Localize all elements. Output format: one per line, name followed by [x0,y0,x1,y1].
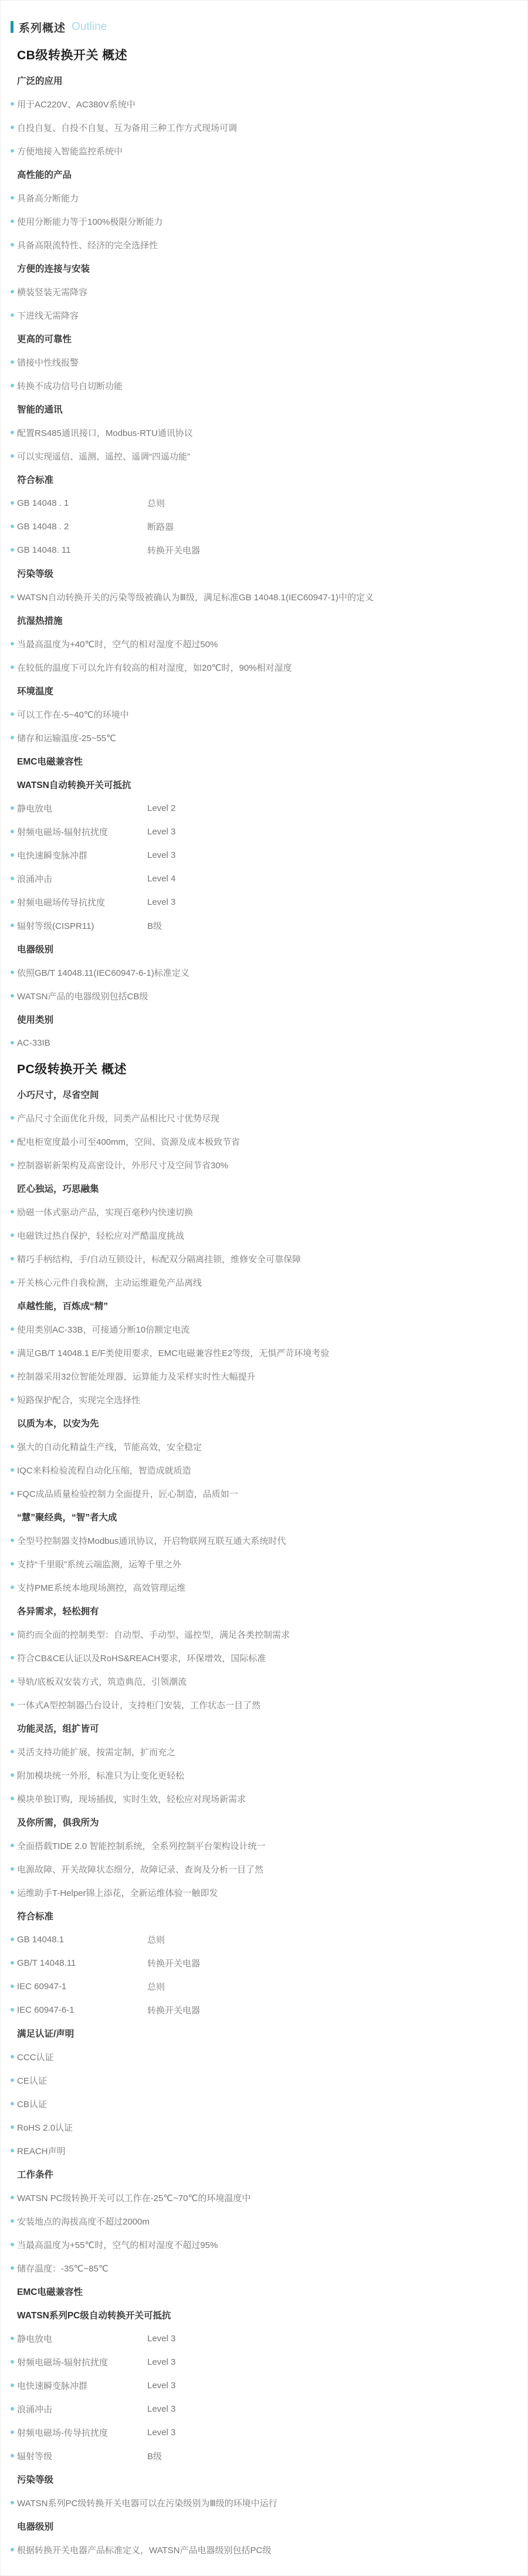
bullet-row: 强大的自动化精益生产线，节能高效，安全稳定 [1,1435,527,1458]
bullet-icon [11,2501,14,2504]
bullet-text: 当最高温度为+55℃时，空气的相对湿度不超过95% [17,2239,218,2251]
bullet-row: 符合CB&CE认证以及RoHS&REACH要求，环保增效，国际标准 [1,1646,527,1669]
bullet-text: 使用分断能力等于100%极限分断能力 [17,215,163,228]
bullet-row: 射频电磁场传导抗扰度Level 3 [1,890,527,914]
bullet-row: 满足GB/T 14048.1 E/F类使用要求，EMC电磁兼容性E2等级，无惧严… [1,1341,527,1364]
bullet-row: FQC成品质量检验控制力全面提升，匠心制造，品质如一 [1,1482,527,1505]
outline-page: 系列概述 Outline CB级转换开关 概述广泛的应用用于AC220V、AC3… [0,0,528,2576]
bullet-icon [11,219,14,223]
bullet-text: 强大的自动化精益生产线，节能高效，安全稳定 [17,1441,202,1453]
bullet-value: Level 3 [147,2334,175,2344]
bullet-value: Level 3 [147,2404,175,2414]
bullet-text: 射频电磁场-传导抗扰度 [17,2426,147,2439]
group-heading: 及你所需，俱我所为 [17,1816,99,1828]
bullet-row: 配电柜宽度最小可至400mm，空间、资源及成本极致节省 [1,1130,527,1153]
bullet-text: 错接中性线报警 [17,356,79,369]
bullet-value: 转换开关电器 [147,1957,200,1969]
group-heading: 环境温度 [17,684,53,697]
bullet-value: 转换开关电器 [147,544,200,556]
bullet-icon [11,2196,14,2199]
bullet-text: 电快速瞬变脉冲群 [17,849,147,861]
bullet-text: WATSN产品的电器级别包括CB级 [17,990,148,1002]
bullet-text: 模块单独订购，现场插拔，实时生效，轻松应对现场新需求 [17,1793,246,1805]
bullet-text: GB 14048 . 1 [17,498,147,508]
bullet-icon [11,1891,14,1894]
bullet-icon [11,1210,14,1213]
bullet-row: 储存和运输温度-25~55℃ [1,726,527,749]
bullet-icon [11,1327,14,1331]
bullet-icon [11,1374,14,1378]
bullet-icon [11,149,14,153]
bullet-value: 断路器 [147,520,174,533]
bullet-row: 简约而全面的控制类型：自动型、手动型、遥控型，满足各类控制需求 [1,1622,527,1646]
bullet-row: GB 14048.1总则 [1,1928,527,1951]
bullet-icon [11,1280,14,1284]
group-heading: 方便的连接与安装 [17,262,90,275]
group-heading: EMC电磁兼容性 [17,755,83,768]
bullet-value: Level 2 [147,803,175,813]
bullet-icon [11,1163,14,1167]
group-heading: WATSN自动转换开关可抵抗 [17,778,131,791]
bullet-icon [11,1398,14,1401]
bullet-row: 依照GB/T 14048.11(IEC60947-6-1)标准定义 [1,961,527,984]
group-heading-row: 广泛的应用 [1,69,527,92]
bullet-text: 可以实现遥信、遥测、遥控、遥调“四遥功能” [17,450,190,462]
bullet-row: 开关核心元件自我检测，主动运维避免产品离线 [1,1270,527,1294]
content: CB级转换开关 概述广泛的应用用于AC220V、AC380V系统中自投自复、自投… [1,40,527,2561]
bullet-row: 具备高分断能力 [1,186,527,209]
bullet-value: Level 3 [147,2428,175,2438]
bullet-icon [11,102,14,106]
bullet-text: 静电放电 [17,802,147,814]
bullet-row: GB 14048 . 1总则 [1,491,527,515]
group-heading: 功能灵活，组扩皆可 [17,1722,99,1735]
group-heading-row: 以质为本，以安为先 [1,1411,527,1435]
bullet-row: 导轨/底板双安装方式，筑造典范，引领潮流 [1,1669,527,1693]
bullet-text: 配置RS485通讯接口，Modbus-RTU通讯协议 [17,427,193,439]
bullet-text: 附加模块统一外形，标准只为让变化更轻松 [17,1769,184,1781]
bullet-icon [11,1233,14,1237]
bullet-icon [11,924,14,927]
section-title-row: PC级转换开关 概述 [1,1054,527,1083]
bullet-row: 全面搭载TIDE 2.0 智能控制系统，全系列控制平台架构设计统一 [1,1834,527,1857]
bullet-icon [11,1985,14,1988]
bullet-text: 当最高温度为+40℃时，空气的相对湿度不超过50% [17,638,218,650]
group-heading-row: 抗湿热措施 [1,608,527,632]
group-heading: 卓越性能，百炼成“精” [17,1299,108,1312]
bullet-text: GB 14048. 11 [17,545,147,555]
bullet-text: 电快速瞬变脉冲群 [17,2379,147,2392]
group-heading-row: 工作条件 [1,2162,527,2186]
bullet-icon [11,1656,14,1659]
bullet-row: 当最高温度为+40℃时，空气的相对湿度不超过50% [1,632,527,655]
group-heading: 电器级别 [17,942,53,955]
bullet-row: 辐射等级(CISPR11)B级 [1,914,527,937]
bullet-icon [11,360,14,364]
bullet-icon [11,2219,14,2223]
bullet-icon [11,736,14,739]
bullet-icon [11,290,14,293]
bullet-row: 用于AC220V、AC380V系统中 [1,92,527,116]
group-heading: 工作条件 [17,2168,53,2181]
bullet-text: 根据转换开关电器产品标准定义，WATSN产品电器级别包括PC级 [17,2544,271,2556]
group-heading: 符合标准 [17,473,53,486]
bullet-text: RoHS 2.0认证 [17,2121,73,2134]
bullet-text: 电磁铁过热自保护，轻松应对严酷温度挑战 [17,1229,184,1242]
group-heading: 智能的通讯 [17,403,63,415]
accent-bar-icon [11,21,13,33]
bullet-text: FQC成品质量检验控制力全面提升，匠心制造，品质如一 [17,1488,238,1500]
bullet-row: 附加模块统一外形，标准只为让变化更轻松 [1,1763,527,1787]
bullet-text: 励磁一体式驱动产品，实现百毫秒内快速切换 [17,1206,193,1218]
page-title-en: Outline [72,21,107,33]
bullet-icon [11,877,14,880]
bullet-row: CCC认证 [1,2045,527,2068]
bullet-row: 射频电磁场-传导抗扰度Level 3 [1,2421,527,2444]
group-heading-row: 符合标准 [1,468,527,491]
bullet-row: 电磁铁过热自保护，轻松应对严酷温度挑战 [1,1223,527,1247]
bullet-icon [11,313,14,317]
bullet-text: WATSN PC级转换开关可以工作在-25℃~70℃的环境温度中 [17,2192,251,2204]
bullet-icon [11,1041,14,1044]
bullet-value: Level 4 [147,874,175,884]
bullet-text: 自投自复、自投不自复、互为备用三种工作方式现场可调 [17,121,237,134]
group-heading-row: 电器级别 [1,2514,527,2538]
group-heading-row: 污染等级 [1,2467,527,2491]
bullet-value: 转换开关电器 [147,2004,200,2016]
section-title-row: CB级转换开关 概述 [1,40,527,69]
group-heading: 抗湿热措施 [17,614,63,627]
bullet-row: 精巧手柄结构，手/自动互锁设计，标配双分隔离挂锁，维修安全可靠保障 [1,1247,527,1270]
bullet-icon [11,712,14,716]
bullet-value: Level 3 [147,897,175,907]
bullet-text: REACH声明 [17,2145,66,2157]
bullet-icon [11,900,14,904]
bullet-icon [11,994,14,998]
bullet-icon [11,1445,14,1448]
bullet-text: 支持“千里眼”系统云端监测，运筹千里之外 [17,1558,181,1570]
bullet-text: 依照GB/T 14048.11(IEC60947-6-1)标准定义 [17,966,189,979]
bullet-row: 储存温度：-35℃~85℃ [1,2256,527,2280]
bullet-icon [11,2337,14,2340]
group-heading-row: 污染等级 [1,562,527,585]
bullet-row: 转换不成功信号自切断功能 [1,374,527,397]
group-heading-row: 环境温度 [1,679,527,702]
bullet-icon [11,2548,14,2551]
group-heading-row: EMC电磁兼容性 [1,749,527,773]
bullet-row: 控制器采用32位智能处理器，运算能力及采样实时性大幅提升 [1,1364,527,1388]
group-heading-row: 各异需求，轻松拥有 [1,1599,527,1622]
bullet-text: 浪涌冲击 [17,873,147,885]
bullet-row: WATSN自动转换开关的污染等级被确认为Ⅲ级，满足标准GB 14048.1(IE… [1,585,527,608]
group-heading-row: 小巧尺寸，尽省空间 [1,1083,527,1106]
bullet-row: 静电放电Level 2 [1,796,527,820]
bullet-text: IQC来料检验流程自动化压缩，智造成就质造 [17,1464,191,1476]
bullet-text: 控制器采用32位智能处理器，运算能力及采样实时性大幅提升 [17,1370,256,1382]
bullet-row: 可以工作在-5~40℃的环境中 [1,702,527,726]
bullet-row: 电源故障、开关故障状态细分，故障记录、查询及分析一目了然 [1,1857,527,1881]
bullet-row: WATSN产品的电器级别包括CB级 [1,984,527,1008]
bullet-text: 储存温度：-35℃~85℃ [17,2262,109,2274]
bullet-text: 一体式A型控制器凸台设计，支持柜门安装，工作状态一目了然 [17,1699,260,1711]
bullet-icon [11,1351,14,1354]
bullet-icon [11,1632,14,1636]
bullet-text: GB/T 14048.11 [17,1958,147,1968]
bullet-row: WATSN系列PC级转换开关电器可以在污染级别为Ⅲ级的环境中运行 [1,2491,527,2514]
bullet-row: 支持PME系统本地现场测控，高效管理运维 [1,1576,527,1599]
bullet-row: 具备高限流特性、经济的完全选择性 [1,233,527,256]
bullet-icon [11,2078,14,2082]
bullet-row: WATSN PC级转换开关可以工作在-25℃~70℃的环境温度中 [1,2186,527,2209]
group-heading: 各异需求，轻松拥有 [17,1604,99,1617]
bullet-icon [11,2125,14,2129]
bullet-text: WATSN系列PC级转换开关电器可以在污染级别为Ⅲ级的环境中运行 [17,2497,277,2509]
bullet-text: 辐射等级(CISPR11) [17,919,147,932]
group-heading: 以质为本，以安为先 [17,1417,99,1429]
bullet-icon [11,1750,14,1753]
bullet-icon [11,2055,14,2058]
bullet-text: 转换不成功信号自切断功能 [17,380,123,392]
bullet-row: 配置RS485通讯接口，Modbus-RTU通讯协议 [1,421,527,444]
bullet-icon [11,1492,14,1495]
bullet-icon [11,126,14,129]
bullet-icon [11,853,14,857]
bullet-icon [11,1140,14,1143]
bullet-icon [11,1867,14,1871]
bullet-icon [11,971,14,974]
bullet-row: 励磁一体式驱动产品，实现百毫秒内快速切换 [1,1200,527,1223]
bullet-text: IEC 60947-1 [17,1982,147,1992]
group-heading-row: 使用类别 [1,1008,527,1031]
bullet-text: 支持PME系统本地现场测控，高效管理运维 [17,1581,186,1594]
bullet-row: 射频电磁场-辐射抗扰度Level 3 [1,2350,527,2374]
bullet-text: 开关核心元件自我检测，主动运维避免产品离线 [17,1276,202,1289]
group-heading: 电器级别 [17,2520,53,2533]
bullet-value: 总则 [147,1933,165,1946]
bullet-text: 下进线无需降容 [17,309,79,322]
bullet-text: 控制器崭新架构及高密设计，外形尺寸及空间节省30% [17,1159,228,1171]
bullet-value: 总则 [147,497,165,509]
bullet-text: 全面搭载TIDE 2.0 智能控制系统，全系列控制平台架构设计统一 [17,1840,265,1852]
bullet-row: IEC 60947-6-1转换开关电器 [1,1998,527,2021]
group-heading-row: WATSN自动转换开关可抵抗 [1,773,527,796]
bullet-text: 射频电磁场-辐射抗扰度 [17,826,147,838]
bullet-icon [11,1703,14,1706]
page-title: 系列概述 Outline [1,18,527,36]
bullet-icon [11,2266,14,2270]
bullet-text: 运维助手T-Helper锦上添花，全新运维体验一触即发 [17,1887,218,1899]
bullet-icon [11,595,14,599]
bullet-row: 一体式A型控制器凸台设计，支持柜门安装，工作状态一目了然 [1,1693,527,1716]
bullet-icon [11,2454,14,2457]
bullet-text: IEC 60947-6-1 [17,2005,147,2015]
bullet-text: 灵活支持功能扩展，按需定制，扩而充之 [17,1746,175,1758]
bullet-text: 射频电磁场传导抗扰度 [17,896,147,908]
bullet-row: 安装地点的海拔高度不超过2000m [1,2209,527,2233]
bullet-icon [11,1844,14,1847]
bullet-row: 静电放电Level 3 [1,2327,527,2350]
bullet-row: 根据转换开关电器产品标准定义，WATSN产品电器级别包括PC级 [1,2538,527,2561]
bullet-text: 使用类别AC-33B，可接通分断10倍额定电流 [17,1323,189,1336]
bullet-text: 配电柜宽度最小可至400mm，空间、资源及成本极致节省 [17,1135,240,1148]
bullet-text: 静电放电 [17,2332,147,2345]
bullet-text: CB认证 [17,2098,47,2110]
bullet-row: 电快速瞬变脉冲群Level 3 [1,843,527,867]
bullet-value: B级 [147,2450,162,2462]
bullet-row: AC-33IB [1,1031,527,1054]
group-heading-row: 匠心独运，巧思融集 [1,1177,527,1200]
section-title: CB级转换开关 概述 [17,46,127,63]
bullet-value: Level 3 [147,827,175,837]
bullet-text: GB 14048.1 [17,1935,147,1945]
bullet-text: AC-33IB [17,1038,50,1048]
bullet-text: 用于AC220V、AC380V系统中 [17,98,136,110]
bullet-icon [11,243,14,246]
bullet-row: 横装竖装无需降容 [1,280,527,303]
bullet-row: REACH声明 [1,2139,527,2162]
bullet-row: 使用分断能力等于100%极限分断能力 [1,209,527,233]
bullet-icon [11,1961,14,1965]
bullet-text: 储存和运输温度-25~55℃ [17,732,116,744]
bullet-row: 浪涌冲击Level 4 [1,867,527,890]
group-heading: 广泛的应用 [17,74,63,87]
group-heading-row: 方便的连接与安装 [1,256,527,280]
bullet-value: Level 3 [147,2357,175,2367]
bullet-icon [11,548,14,552]
bullet-row: RoHS 2.0认证 [1,2115,527,2139]
group-heading: 污染等级 [17,2473,53,2486]
bullet-text: 具备高分断能力 [17,192,79,204]
bullet-value: 总则 [147,1980,165,1993]
bullet-row: 支持“千里眼”系统云端监测，运筹千里之外 [1,1552,527,1576]
bullet-icon [11,830,14,833]
bullet-text: 浪涌冲击 [17,2403,147,2415]
bullet-icon [11,2407,14,2411]
bullet-row: 当最高温度为+55℃时，空气的相对湿度不超过95% [1,2233,527,2256]
bullet-row: IQC来料检验流程自动化压缩，智造成就质造 [1,1458,527,1482]
group-heading: 小巧尺寸，尽省空间 [17,1088,99,1101]
bullet-text: 产品尺寸全面优化升级，同类产品相比尺寸优势尽现 [17,1112,219,1124]
bullet-row: GB/T 14048.11转换开关电器 [1,1951,527,1975]
group-heading: 使用类别 [17,1013,53,1026]
group-heading-row: 符合标准 [1,1904,527,1928]
group-heading: WATSN系列PC级自动转换开关可抵抗 [17,2308,171,2321]
bullet-row: 可以实现遥信、遥测、遥控、遥调“四遥功能” [1,444,527,468]
bullet-row: GB 14048. 11转换开关电器 [1,538,527,562]
bullet-row: 模块单独订购，现场插拔，实时生效，轻松应对现场新需求 [1,1787,527,1810]
bullet-row: GB 14048 . 2断路器 [1,515,527,538]
bullet-icon [11,1679,14,1683]
group-heading: “慧”聚经典，“智”者大成 [17,1510,117,1523]
bullet-icon [11,1468,14,1472]
bullet-row: 短路保护配合，实现完全选择性 [1,1388,527,1411]
bullet-row: 运维助手T-Helper锦上添花，全新运维体验一触即发 [1,1881,527,1904]
group-heading: EMC电磁兼容性 [17,2285,83,2298]
bullet-text: 在较低的温度下可以允许有较高的相对湿度，如20℃时，90%相对湿度 [17,661,292,674]
bullet-text: CCC认证 [17,2051,54,2063]
group-heading: 污染等级 [17,567,53,580]
bullet-icon [11,2008,14,2012]
bullet-text: 全型号控制器支持Modbus通讯协议，开启物联网互联互通大系统时代 [17,1534,286,1547]
bullet-row: IEC 60947-1总则 [1,1975,527,1998]
bullet-icon [11,2430,14,2434]
bullet-value: Level 3 [147,2381,175,2391]
group-heading-row: 功能灵活，组扩皆可 [1,1716,527,1740]
bullet-icon [11,806,14,810]
bullet-icon [11,2102,14,2105]
group-heading: 高性能的产品 [17,168,72,181]
bullet-icon [11,1257,14,1260]
bullet-text: 符合CB&CE认证以及RoHS&REACH要求，环保增效，国际标准 [17,1652,266,1664]
bullet-row: CB认证 [1,2092,527,2115]
bullet-row: 浪涌冲击Level 3 [1,2397,527,2421]
bullet-text: 辐射等级 [17,2450,147,2462]
bullet-text: 具备高限流特性、经济的完全选择性 [17,239,158,251]
bullet-text: CE认证 [17,2074,47,2087]
bullet-row: 灵活支持功能扩展，按需定制，扩而充之 [1,1740,527,1763]
bullet-icon [11,1539,14,1542]
bullet-icon [11,665,14,669]
bullet-row: 在较低的温度下可以允许有较高的相对湿度，如20℃时，90%相对湿度 [1,655,527,679]
group-heading-row: 卓越性能，百炼成“精” [1,1294,527,1317]
bullet-icon [11,525,14,528]
bullet-text: 方便地接入智能监控系统中 [17,145,123,157]
bullet-row: 错接中性线报警 [1,350,527,374]
group-heading-row: 更高的可靠性 [1,327,527,350]
bullet-icon [11,384,14,387]
bullet-icon [11,454,14,458]
bullet-row: 射频电磁场-辐射抗扰度Level 3 [1,820,527,843]
bullet-row: 产品尺寸全面优化升级，同类产品相比尺寸优势尽现 [1,1106,527,1130]
bullet-text: 安装地点的海拔高度不超过2000m [17,2215,150,2227]
bullet-row: 使用类别AC-33B，可接通分断10倍额定电流 [1,1317,527,1341]
group-heading-row: 电器级别 [1,937,527,961]
bullet-text: 导轨/底板双安装方式，筑造典范，引领潮流 [17,1675,187,1688]
group-heading: 满足认证/声明 [17,2027,74,2040]
bullet-text: 电源故障、开关故障状态细分，故障记录、查询及分析一目了然 [17,1863,263,1875]
bullet-icon [11,501,14,505]
group-heading-row: 高性能的产品 [1,163,527,186]
bullet-icon [11,2149,14,2152]
bullet-value: B级 [147,919,162,932]
group-heading: 更高的可靠性 [17,332,72,345]
group-heading-row: 智能的通讯 [1,397,527,421]
bullet-icon [11,2360,14,2364]
bullet-icon [11,1773,14,1777]
bullet-icon [11,431,14,434]
group-heading: 匠心独运，巧思融集 [17,1182,99,1195]
page-title-zh: 系列概述 [19,19,66,35]
section-title: PC级转换开关 概述 [17,1060,127,1077]
bullet-icon [11,642,14,645]
bullet-icon [11,1116,14,1120]
group-heading-row: WATSN系列PC级自动转换开关可抵抗 [1,2303,527,2327]
bullet-row: 自投自复、自投不自复、互为备用三种工作方式现场可调 [1,116,527,139]
bullet-text: 精巧手柄结构，手/自动互锁设计，标配双分隔离挂锁，维修安全可靠保障 [17,1253,301,1265]
bullet-text: GB 14048 . 2 [17,522,147,532]
bullet-text: 可以工作在-5~40℃的环境中 [17,708,129,721]
group-heading-row: EMC电磁兼容性 [1,2280,527,2303]
bullet-row: 电快速瞬变脉冲群Level 3 [1,2374,527,2397]
bullet-value: Level 3 [147,850,175,860]
bullet-text: 满足GB/T 14048.1 E/F类使用要求，EMC电磁兼容性E2等级，无惧严… [17,1347,329,1359]
bullet-text: 短路保护配合，实现完全选择性 [17,1394,140,1406]
bullet-text: 射频电磁场-辐射抗扰度 [17,2356,147,2368]
group-heading: 符合标准 [17,1909,53,1922]
bullet-row: 全型号控制器支持Modbus通讯协议，开启物联网互联互通大系统时代 [1,1529,527,1552]
bullet-text: 简约而全面的控制类型：自动型、手动型、遥控型，满足各类控制需求 [17,1628,290,1641]
bullet-icon [11,1797,14,1800]
